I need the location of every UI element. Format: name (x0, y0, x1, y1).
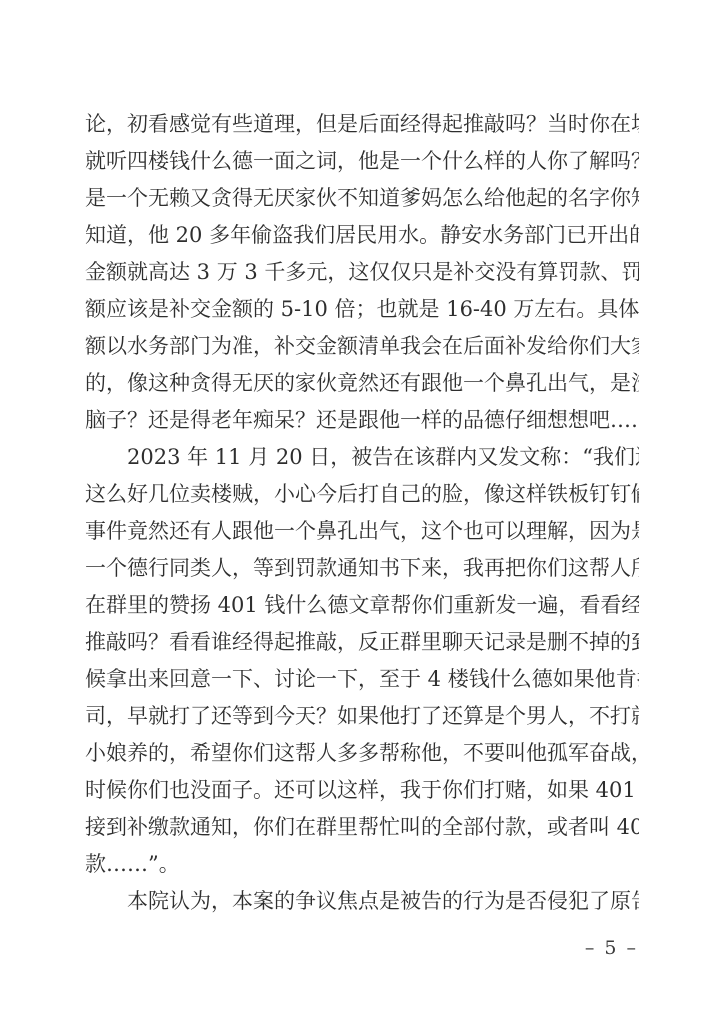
text-line: 本院认为，本案的争议焦点是被告的行为是否侵犯了原告的 (85, 883, 639, 920)
text-line: 款……”。 (85, 846, 639, 883)
text-line: 的，像这种贪得无厌的家伙竟然还有跟他一个鼻孔出气，是没有 (85, 365, 639, 402)
page-number: – 5 – (585, 936, 638, 960)
text-line: 额以水务部门为准，补交金额清单我会在后面补发给你们大家看 (85, 328, 639, 365)
text-line: 小娘养的，希望你们这帮人多多帮称他，不要叫他孤军奋战，到 (85, 735, 639, 772)
text-line: 接到补缴款通知，你们在群里帮忙叫的全部付款，或者叫 401 付 (85, 809, 639, 846)
text-line: 是一个无赖又贪得无厌家伙不知道爹妈怎么给他起的名字你知不 (85, 180, 639, 217)
text-line: 额应该是补交金额的 5-10 倍；也就是 16-40 万左右。具体罚款金 (85, 291, 639, 328)
text-line: 2023 年 11 月 20 日，被告在该群内又发文称：“我们这边有 (85, 439, 639, 476)
text-line: 时候你们也没面子。还可以这样，我于你们打赌，如果 401 只要 (85, 772, 639, 809)
text-line: 知道，他 20 多年偷盗我们居民用水。静安水务部门已开出的补交 (85, 217, 639, 254)
text-line: 在群里的赞扬 401 钱什么德文章帮你们重新发一遍，看看经得起 (85, 587, 639, 624)
text-line: 一个德行同类人，等到罚款通知书下来，我再把你们这帮人所发 (85, 550, 639, 587)
document-body: 论，初看感觉有些道理，但是后面经得起推敲吗？当时你在场吗？ 就听四楼钱什么德一面… (85, 106, 639, 920)
paragraph: 2023 年 11 月 20 日，被告在该群内又发文称：“我们这边有 这么好几位… (85, 439, 639, 883)
text-line: 脑子？还是得老年痴呆？还是跟他一样的品德仔细想想吧……”。 (85, 402, 639, 439)
text-line: 论，初看感觉有些道理，但是后面经得起推敲吗？当时你在场吗？ (85, 106, 639, 143)
text-line: 事件竟然还有人跟他一个鼻孔出气，这个也可以理解，因为是同 (85, 513, 639, 550)
text-line: 候拿出来回意一下、讨论一下，至于 4 楼钱什么德如果他肯打官 (85, 661, 639, 698)
text-line: 推敲吗？看看谁经得起推敲，反正群里聊天记录是删不掉的到时 (85, 624, 639, 661)
text-line: 司，早就打了还等到今天？如果他打了还算是个男人，不打就是 (85, 698, 639, 735)
paragraph: 本院认为，本案的争议焦点是被告的行为是否侵犯了原告的 (85, 883, 639, 920)
text-line: 就听四楼钱什么德一面之词，他是一个什么样的人你了解吗？他 (85, 143, 639, 180)
text-line: 这么好几位卖楼贼，小心今后打自己的脸，像这样铁板钉钉偷水 (85, 476, 639, 513)
text-line: 金额就高达 3 万 3 千多元，这仅仅只是补交没有算罚款、罚款金 (85, 254, 639, 291)
paragraph: 论，初看感觉有些道理，但是后面经得起推敲吗？当时你在场吗？ 就听四楼钱什么德一面… (85, 106, 639, 439)
document-page: 论，初看感觉有些道理，但是后面经得起推敲吗？当时你在场吗？ 就听四楼钱什么德一面… (0, 0, 724, 1024)
